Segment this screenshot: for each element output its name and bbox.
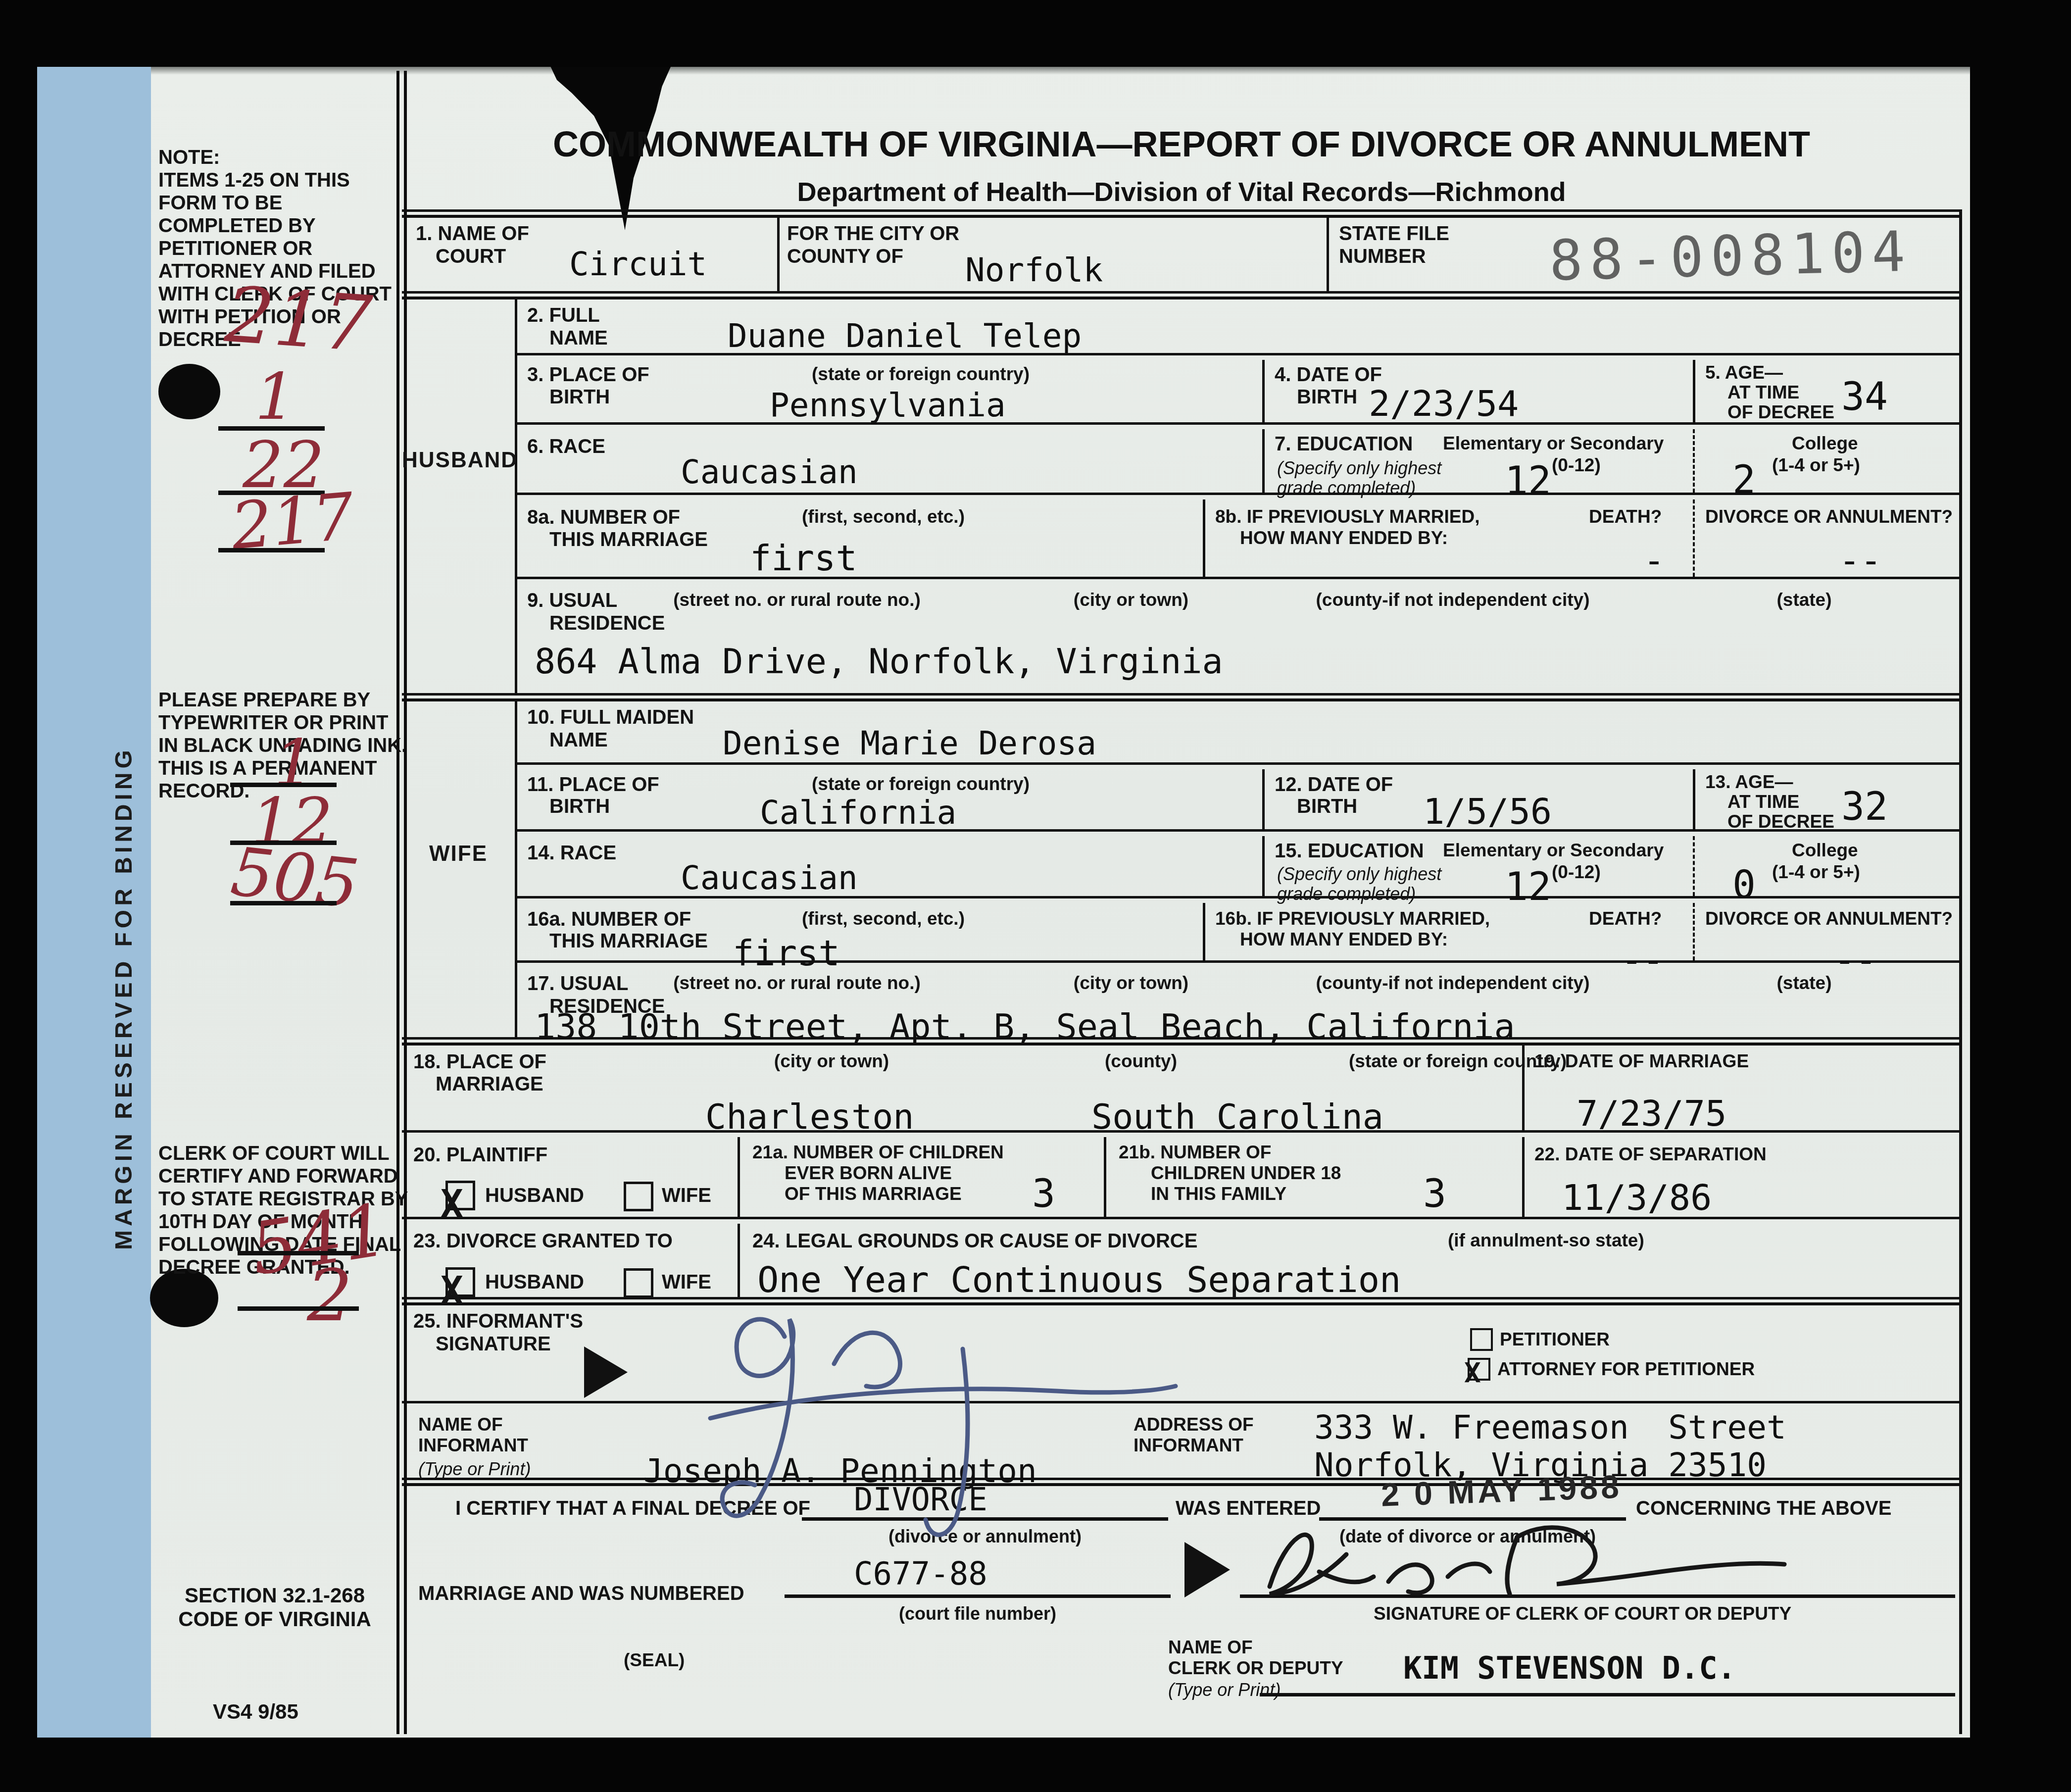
birthplace-label: 3. PLACE OF — [527, 364, 649, 386]
informant-name-label: INFORMANT — [418, 1435, 528, 1456]
wife-college-value: 0 — [1732, 863, 1756, 907]
husband-birthdate: 2/23/54 — [1369, 383, 1519, 424]
wife-section-label: WIFE — [402, 842, 515, 866]
birthdate-label: 12. DATE OF — [1275, 774, 1393, 796]
divorce-annulment-label: DIVORCE OR ANNULMENT? — [1705, 908, 1953, 929]
wife-marriage-number: first — [733, 932, 840, 974]
residence-hint: (city or town) — [1047, 590, 1215, 610]
informant-signature-label: 25. INFORMANT'S — [413, 1310, 583, 1333]
college-label: College — [1792, 433, 1858, 454]
marriage-number-label: THIS MARRIAGE — [549, 930, 708, 952]
form-title: COMMONWEALTH OF VIRGINIA—REPORT OF DIVOR… — [402, 124, 1961, 165]
punch-hole-top — [158, 364, 220, 419]
note-top-line: COMPLETED BY — [158, 214, 316, 237]
previously-married-label: 16b. IF PREVIOUSLY MARRIED, — [1215, 908, 1490, 929]
note-top-line: NOTE: — [158, 146, 220, 169]
death-label: DEATH? — [1589, 506, 1662, 527]
age-label: 5. AGE— — [1705, 362, 1783, 383]
husband-option-label: HUSBAND — [485, 1271, 584, 1294]
husband-full-name: Duane Daniel Telep — [728, 317, 1082, 355]
legal-grounds-hint: (if annulment-so state) — [1448, 1230, 1644, 1251]
college-range: (1-4 or 5+) — [1772, 862, 1860, 883]
husband-birthplace: Pennsylvania — [770, 386, 1006, 424]
note-mid-line: PLEASE PREPARE BY — [158, 689, 370, 711]
clerk-name-hint: (Type or Print) — [1168, 1680, 1281, 1700]
rule — [402, 209, 1961, 218]
birthplace-label: BIRTH — [549, 386, 610, 408]
wife-age: 32 — [1841, 785, 1888, 829]
wife-elementary-value: 12 — [1505, 865, 1551, 909]
age-label: OF DECREE — [1727, 811, 1834, 832]
note-top-line: FORM TO BE — [158, 192, 282, 214]
note-top-line: ITEMS 1-25 ON THIS — [158, 169, 350, 192]
previously-married-label: HOW MANY ENDED BY: — [1240, 929, 1448, 950]
college-range: (1-4 or 5+) — [1772, 455, 1860, 476]
residence-hint: (state) — [1740, 973, 1869, 994]
granted-to-label: 23. DIVORCE GRANTED TO — [413, 1230, 673, 1252]
marriage-city: Charleston — [705, 1096, 914, 1137]
state-file-number-stamp: 88-008104 — [1548, 219, 1913, 293]
place-hint: (city or town) — [725, 1051, 938, 1072]
husband-college-value: 2 — [1732, 458, 1756, 502]
court-value: Circuit — [569, 245, 707, 283]
maiden-name-label: 10. FULL MAIDEN — [527, 706, 694, 729]
informant-address-line: 333 W. Freemason Street — [1314, 1408, 1786, 1446]
elementary-range: (0-12) — [1552, 455, 1601, 476]
county-value: Norfolk — [965, 251, 1103, 289]
numbered-label: MARRIAGE AND WAS NUMBERED — [418, 1583, 744, 1605]
residence-label: RESIDENCE — [549, 612, 665, 635]
husband-option-label: HUSBAND — [485, 1185, 584, 1207]
handwritten-number: 2 — [307, 1254, 352, 1338]
county-label: FOR THE CITY OR — [787, 223, 959, 245]
residence-hint: (state) — [1740, 590, 1869, 610]
marriage-number-hint: (first, second, etc.) — [802, 506, 965, 527]
children-born-value: 3 — [1032, 1172, 1055, 1216]
separation-date-label: 22. DATE OF SEPARATION — [1534, 1144, 1767, 1165]
full-name-label: NAME — [549, 327, 608, 349]
wife-race: Caucasian — [681, 859, 858, 897]
informant-signature-label: SIGNATURE — [436, 1333, 551, 1355]
previously-married-label: 8b. IF PREVIOUSLY MARRIED, — [1215, 506, 1480, 527]
elementary-label: Elementary or Secondary — [1443, 840, 1664, 861]
rule — [402, 291, 1961, 299]
residence-hint: (street no. or rural route no.) — [658, 973, 936, 994]
plaintiff-label: 20. PLAINTIFF — [413, 1144, 547, 1166]
birthplace-hint: (state or foreign country) — [792, 774, 1049, 795]
wife-maiden-name: Denise Marie Derosa — [723, 724, 1096, 762]
attorney-label: ATTORNEY FOR PETITIONER — [1497, 1359, 1755, 1380]
birthplace-label: 11. PLACE OF — [527, 774, 659, 796]
elementary-range: (0-12) — [1552, 862, 1601, 883]
birthdate-label: BIRTH — [1297, 386, 1357, 408]
divorce-annulment-label: DIVORCE OR ANNULMENT? — [1705, 506, 1953, 527]
marriage-state: South Carolina — [1091, 1096, 1383, 1137]
wife-residence: 138 10th Street, Apt. B, Seal Beach, Cal… — [535, 1006, 1515, 1047]
form-code: VS4 9/85 — [213, 1700, 298, 1723]
husband-section-label: HUSBAND — [402, 448, 515, 473]
husband-marriage-number: first — [750, 537, 857, 579]
children-under18-label: IN THIS FAMILY — [1151, 1184, 1286, 1204]
education-label: 15. EDUCATION — [1275, 840, 1424, 862]
legal-grounds-label: 24. LEGAL GROUNDS OR CAUSE OF DIVORCE — [752, 1230, 1197, 1252]
marriage-number-label: 16a. NUMBER OF — [527, 908, 691, 931]
section-ref-line: SECTION 32.1-268 — [151, 1584, 398, 1607]
birthdate-label: BIRTH — [1297, 796, 1357, 818]
race-label: 14. RACE — [527, 842, 616, 864]
marriage-number-label: 8a. NUMBER OF — [527, 506, 680, 529]
maiden-name-label: NAME — [549, 729, 608, 751]
children-under18-label: CHILDREN UNDER 18 — [1151, 1163, 1341, 1184]
husband-age: 34 — [1841, 375, 1888, 419]
wife-birthdate: 1/5/56 — [1423, 791, 1552, 832]
note-top-line: PETITIONER OR — [158, 237, 312, 260]
handwritten-number: 1 — [255, 359, 296, 434]
children-under18-value: 3 — [1423, 1172, 1446, 1216]
plaintiff-husband-checkmark: X — [441, 1182, 463, 1226]
seal-label: (SEAL) — [624, 1650, 685, 1671]
husband-race: Caucasian — [681, 453, 858, 491]
clerk-signature-arrow-icon — [1184, 1542, 1230, 1597]
informant-signature — [621, 1290, 1240, 1547]
court-label: 1. NAME OF — [416, 223, 529, 245]
husband-residence: 864 Alma Drive, Norfolk, Virginia — [535, 641, 1223, 682]
education-label: 7. EDUCATION — [1275, 433, 1413, 455]
age-label: 13. AGE— — [1705, 772, 1793, 793]
county-label: COUNTY OF — [787, 246, 903, 268]
informant-name-label: NAME OF — [418, 1414, 503, 1435]
clerk-name-label: NAME OF — [1168, 1637, 1253, 1658]
race-label: 6. RACE — [527, 436, 605, 458]
birthplace-hint: (state or foreign country) — [792, 364, 1049, 385]
husband-elementary-value: 12 — [1505, 459, 1551, 503]
clerk-name-value: KIM STEVENSON D.C. — [1403, 1650, 1736, 1686]
petitioner-label: PETITIONER — [1500, 1329, 1610, 1350]
state-file-label: NUMBER — [1339, 246, 1426, 268]
form-paper: MARGIN RESERVED FOR BINDING NOTE: ITEMS … — [37, 67, 1970, 1738]
file-underline — [785, 1594, 1171, 1598]
informant-name-hint: (Type or Print) — [418, 1459, 531, 1480]
children-born-label: OF THIS MARRIAGE — [785, 1184, 962, 1204]
place-of-marriage-label: MARRIAGE — [436, 1073, 543, 1095]
clerk-name-label: CLERK OR DEPUTY — [1168, 1658, 1343, 1679]
place-hint: (county) — [1067, 1051, 1215, 1072]
handwritten-number: 505 — [228, 833, 363, 923]
education-hint: grade completed) — [1277, 884, 1416, 904]
separation-date-value: 11/3/86 — [1562, 1177, 1712, 1218]
marriage-number-label: THIS MARRIAGE — [549, 529, 708, 551]
children-born-label: EVER BORN ALIVE — [785, 1163, 952, 1184]
age-label: AT TIME — [1727, 792, 1799, 812]
wife-ended-by-death: -- — [1621, 939, 1664, 981]
age-label: AT TIME — [1727, 382, 1799, 403]
education-hint: grade completed) — [1277, 478, 1416, 498]
scanned-document: MARGIN RESERVED FOR BINDING NOTE: ITEMS … — [0, 0, 2071, 1792]
petitioner-checkbox — [1470, 1328, 1493, 1351]
plaintiff-wife-checkbox — [624, 1182, 653, 1211]
marriage-number-hint: (first, second, etc.) — [802, 908, 965, 929]
education-hint: (Specify only highest — [1277, 458, 1441, 479]
note-bottom-line: CLERK OF COURT WILL — [158, 1142, 390, 1165]
children-born-label: 21a. NUMBER OF CHILDREN — [752, 1142, 1004, 1163]
husband-ended-by-divorce: -- — [1839, 540, 1882, 581]
form-right-border — [1959, 209, 1962, 1734]
residence-hint: (county-if not independent city) — [1284, 973, 1621, 994]
handwritten-number: 217 — [222, 270, 375, 369]
form-subtitle: Department of Health—Division of Vital R… — [402, 177, 1961, 207]
attorney-checkmark: X — [1464, 1357, 1481, 1389]
education-hint: (Specify only highest — [1277, 864, 1441, 885]
residence-hint: (city or town) — [1047, 973, 1215, 994]
place-of-marriage-label: 18. PLACE OF — [413, 1051, 546, 1073]
binding-margin-label: MARGIN RESERVED FOR BINDING — [110, 705, 138, 1250]
rule — [402, 693, 1961, 701]
residence-label: 9. USUAL — [527, 590, 617, 612]
birthplace-label: BIRTH — [549, 796, 610, 818]
marriage-date: 7/23/75 — [1577, 1093, 1726, 1134]
file-hint: (court file number) — [785, 1603, 1171, 1624]
full-name-label: 2. FULL — [527, 304, 600, 327]
college-label: College — [1792, 840, 1858, 861]
note-mid-line: THIS IS A PERMANENT — [158, 757, 377, 780]
court-label: COURT — [436, 246, 506, 268]
state-file-label: STATE FILE — [1339, 223, 1449, 245]
husband-ended-by-death: - — [1643, 540, 1665, 581]
section-ref-line: CODE OF VIRGINIA — [151, 1608, 398, 1631]
children-under18-label: 21b. NUMBER OF — [1119, 1142, 1271, 1163]
previously-married-label: HOW MANY ENDED BY: — [1240, 528, 1448, 548]
wife-birthplace: California — [760, 794, 956, 832]
granted-husband-checkmark: X — [441, 1268, 463, 1312]
clerk-name-underline — [1260, 1693, 1955, 1696]
residence-hint: (street no. or rural route no.) — [658, 590, 936, 610]
age-label: OF DECREE — [1727, 402, 1834, 423]
note-bottom-line: CERTIFY AND FORWARD — [158, 1165, 398, 1188]
wife-option-label: WIFE — [662, 1185, 711, 1207]
elementary-label: Elementary or Secondary — [1443, 433, 1664, 454]
death-label: DEATH? — [1589, 908, 1662, 929]
residence-label: 17. USUAL — [527, 973, 629, 995]
residence-hint: (county-if not independent city) — [1284, 590, 1621, 610]
date-of-marriage-label: 19. DATE OF MARRIAGE — [1534, 1051, 1749, 1072]
clerk-signature — [1240, 1502, 1809, 1616]
birthdate-label: 4. DATE OF — [1275, 364, 1382, 386]
court-file-number: C677-88 — [854, 1556, 987, 1593]
